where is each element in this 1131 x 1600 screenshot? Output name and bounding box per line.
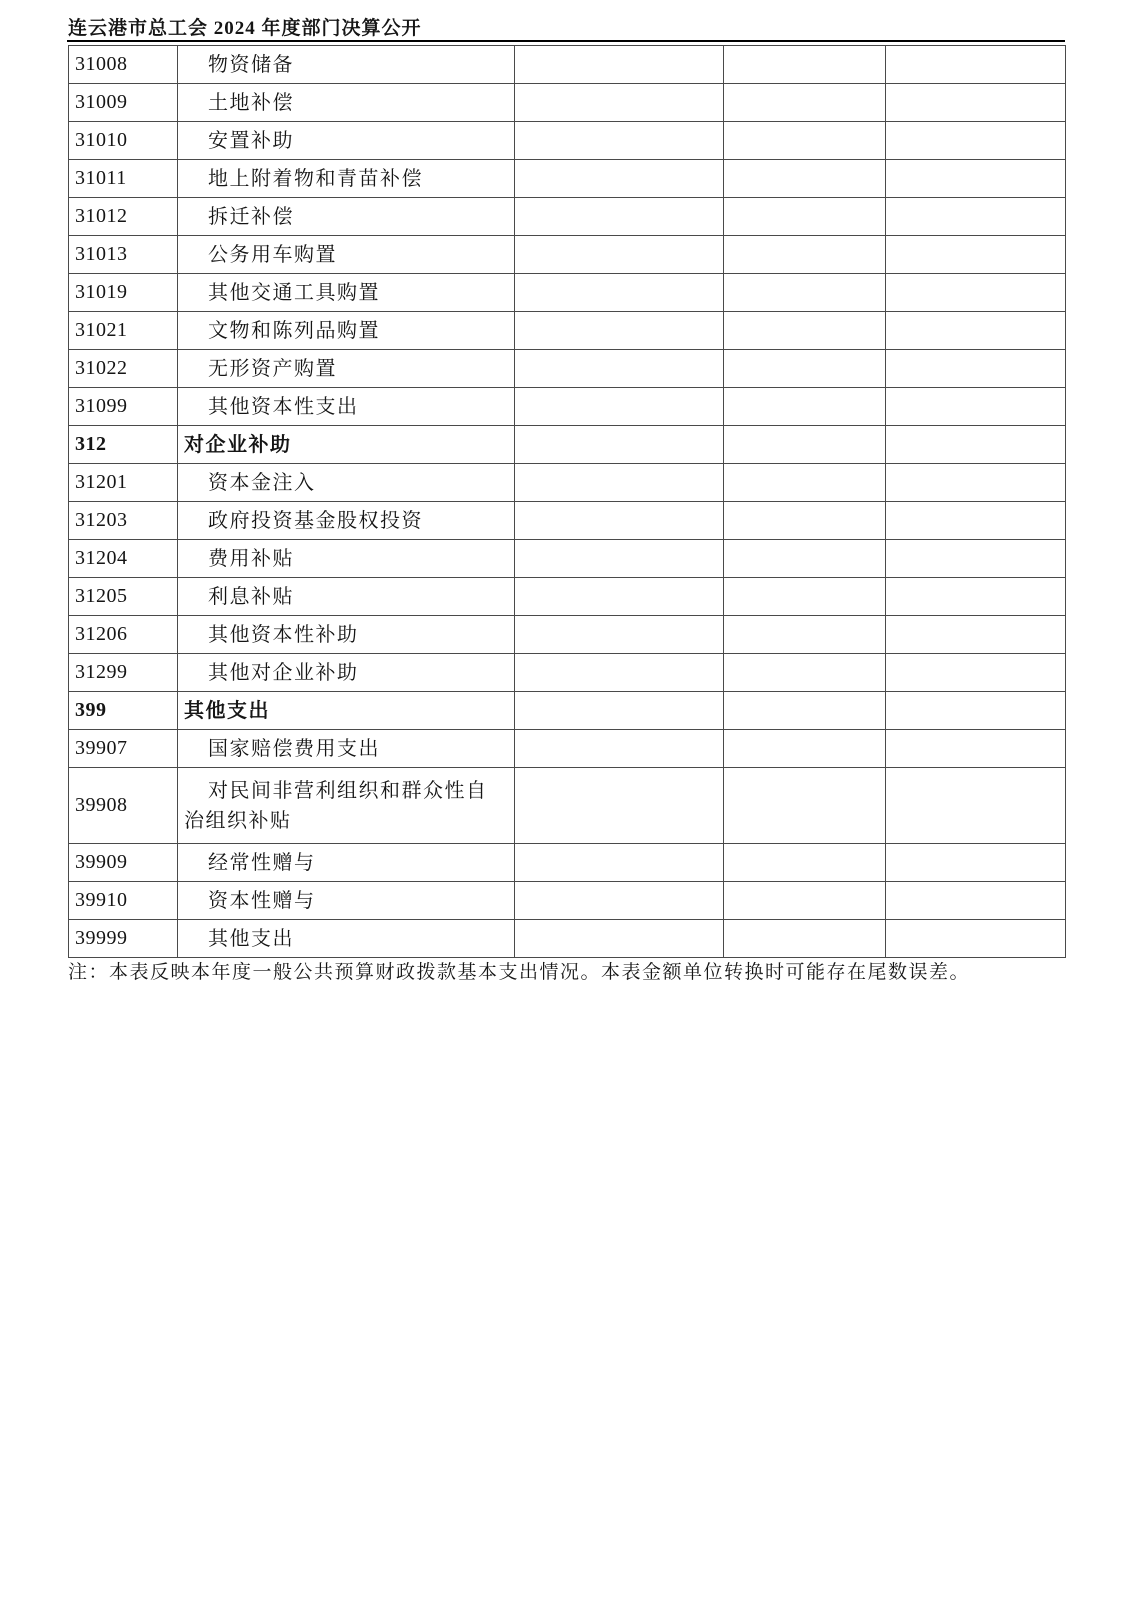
value-cell: [515, 616, 724, 654]
value-cell: [886, 160, 1066, 198]
value-cell: [724, 160, 886, 198]
value-cell: [886, 236, 1066, 274]
code-cell: 312: [69, 426, 178, 464]
table-row: 31022无形资产购置: [69, 350, 1066, 388]
code-cell: 31205: [69, 578, 178, 616]
value-cell: [724, 122, 886, 160]
value-cell: [724, 882, 886, 920]
value-cell: [886, 312, 1066, 350]
label-cell: 地上附着物和青苗补偿: [178, 160, 515, 198]
value-cell: [724, 692, 886, 730]
value-cell: [886, 616, 1066, 654]
value-cell: [724, 198, 886, 236]
value-cell: [515, 692, 724, 730]
value-cell: [515, 160, 724, 198]
code-cell: 39907: [69, 730, 178, 768]
code-cell: 39910: [69, 882, 178, 920]
value-cell: [724, 920, 886, 958]
code-cell: 31206: [69, 616, 178, 654]
value-cell: [886, 730, 1066, 768]
label-cell: 资本性赠与: [178, 882, 515, 920]
label-cell: 安置补助: [178, 122, 515, 160]
code-cell: 31008: [69, 46, 178, 84]
code-cell: 31012: [69, 198, 178, 236]
value-cell: [724, 654, 886, 692]
value-cell: [886, 350, 1066, 388]
code-cell: 39909: [69, 844, 178, 882]
page-header-title: 连云港市总工会 2024 年度部门决算公开: [68, 13, 422, 40]
value-cell: [724, 426, 886, 464]
value-cell: [724, 274, 886, 312]
value-cell: [886, 122, 1066, 160]
value-cell: [724, 46, 886, 84]
value-cell: [515, 730, 724, 768]
value-cell: [515, 350, 724, 388]
value-cell: [886, 274, 1066, 312]
value-cell: [724, 730, 886, 768]
value-cell: [515, 654, 724, 692]
value-cell: [724, 464, 886, 502]
value-cell: [886, 540, 1066, 578]
table-row: 39907国家赔偿费用支出: [69, 730, 1066, 768]
value-cell: [724, 312, 886, 350]
value-cell: [886, 654, 1066, 692]
value-cell: [886, 692, 1066, 730]
label-cell: 其他支出: [178, 692, 515, 730]
value-cell: [886, 426, 1066, 464]
value-cell: [515, 578, 724, 616]
label-cell: 其他资本性支出: [178, 388, 515, 426]
header-rule: [67, 40, 1065, 42]
value-cell: [724, 578, 886, 616]
value-cell: [886, 768, 1066, 844]
code-cell: 31299: [69, 654, 178, 692]
table-row: 31099其他资本性支出: [69, 388, 1066, 426]
table-row: 31299其他对企业补助: [69, 654, 1066, 692]
value-cell: [724, 236, 886, 274]
value-cell: [515, 464, 724, 502]
value-cell: [886, 198, 1066, 236]
label-cell: 资本金注入: [178, 464, 515, 502]
label-cell: 费用补贴: [178, 540, 515, 578]
code-cell: 31019: [69, 274, 178, 312]
table-row: 31021文物和陈列品购置: [69, 312, 1066, 350]
value-cell: [724, 350, 886, 388]
label-cell: 对企业补助: [178, 426, 515, 464]
label-cell: 其他资本性补助: [178, 616, 515, 654]
code-cell: 31009: [69, 84, 178, 122]
label-cell: 其他支出: [178, 920, 515, 958]
value-cell: [886, 464, 1066, 502]
value-cell: [886, 46, 1066, 84]
value-cell: [515, 882, 724, 920]
value-cell: [724, 502, 886, 540]
code-cell: 31203: [69, 502, 178, 540]
table-row: 39908对民间非营利组织和群众性自治组织补贴: [69, 768, 1066, 844]
value-cell: [886, 388, 1066, 426]
value-cell: [515, 388, 724, 426]
value-cell: [515, 236, 724, 274]
value-cell: [515, 502, 724, 540]
label-cell: 公务用车购置: [178, 236, 515, 274]
value-cell: [515, 84, 724, 122]
table-row: 39909经常性赠与: [69, 844, 1066, 882]
value-cell: [724, 844, 886, 882]
table-row: 31204费用补贴: [69, 540, 1066, 578]
value-cell: [515, 312, 724, 350]
value-cell: [515, 844, 724, 882]
table-row: 31009土地补偿: [69, 84, 1066, 122]
label-cell: 物资储备: [178, 46, 515, 84]
code-cell: 31099: [69, 388, 178, 426]
value-cell: [724, 84, 886, 122]
label-cell: 文物和陈列品购置: [178, 312, 515, 350]
code-cell: 31022: [69, 350, 178, 388]
label-cell: 经常性赠与: [178, 844, 515, 882]
value-cell: [515, 122, 724, 160]
value-cell: [886, 920, 1066, 958]
value-cell: [515, 426, 724, 464]
table-row: 31011地上附着物和青苗补偿: [69, 160, 1066, 198]
table-row: 31206其他资本性补助: [69, 616, 1066, 654]
label-cell: 拆迁补偿: [178, 198, 515, 236]
footnote: 注：本表反映本年度一般公共预算财政拨款基本支出情况。本表金额单位转换时可能存在尾…: [68, 960, 1068, 987]
table-row: 31010安置补助: [69, 122, 1066, 160]
code-cell: 31201: [69, 464, 178, 502]
table-row: 31019其他交通工具购置: [69, 274, 1066, 312]
value-cell: [515, 920, 724, 958]
value-cell: [886, 502, 1066, 540]
table-row: 312对企业补助: [69, 426, 1066, 464]
document-page: 连云港市总工会 2024 年度部门决算公开 31008物资储备31009土地补偿…: [0, 0, 1131, 1600]
value-cell: [515, 274, 724, 312]
value-cell: [886, 84, 1066, 122]
table-row: 31012拆迁补偿: [69, 198, 1066, 236]
label-cell: 国家赔偿费用支出: [178, 730, 515, 768]
code-cell: 39908: [69, 768, 178, 844]
budget-table-body: 31008物资储备31009土地补偿31010安置补助31011地上附着物和青苗…: [69, 46, 1066, 958]
label-cell: 对民间非营利组织和群众性自治组织补贴: [178, 768, 515, 844]
value-cell: [886, 844, 1066, 882]
label-cell: 利息补贴: [178, 578, 515, 616]
value-cell: [886, 882, 1066, 920]
table-row: 39910资本性赠与: [69, 882, 1066, 920]
code-cell: 31013: [69, 236, 178, 274]
label-cell: 其他对企业补助: [178, 654, 515, 692]
table-row: 399其他支出: [69, 692, 1066, 730]
code-cell: 399: [69, 692, 178, 730]
value-cell: [724, 388, 886, 426]
label-cell: 其他交通工具购置: [178, 274, 515, 312]
label-cell: 无形资产购置: [178, 350, 515, 388]
code-cell: 31021: [69, 312, 178, 350]
code-cell: 31011: [69, 160, 178, 198]
label-cell: 土地补偿: [178, 84, 515, 122]
value-cell: [515, 768, 724, 844]
table-row: 39999其他支出: [69, 920, 1066, 958]
table-row: 31201资本金注入: [69, 464, 1066, 502]
table-row: 31008物资储备: [69, 46, 1066, 84]
value-cell: [724, 616, 886, 654]
value-cell: [515, 46, 724, 84]
value-cell: [886, 578, 1066, 616]
label-cell: 政府投资基金股权投资: [178, 502, 515, 540]
value-cell: [515, 198, 724, 236]
value-cell: [724, 768, 886, 844]
code-cell: 39999: [69, 920, 178, 958]
table-row: 31013公务用车购置: [69, 236, 1066, 274]
budget-expenditure-table: 31008物资储备31009土地补偿31010安置补助31011地上附着物和青苗…: [68, 45, 1066, 958]
code-cell: 31010: [69, 122, 178, 160]
table-row: 31203政府投资基金股权投资: [69, 502, 1066, 540]
value-cell: [724, 540, 886, 578]
code-cell: 31204: [69, 540, 178, 578]
value-cell: [515, 540, 724, 578]
table-row: 31205利息补贴: [69, 578, 1066, 616]
